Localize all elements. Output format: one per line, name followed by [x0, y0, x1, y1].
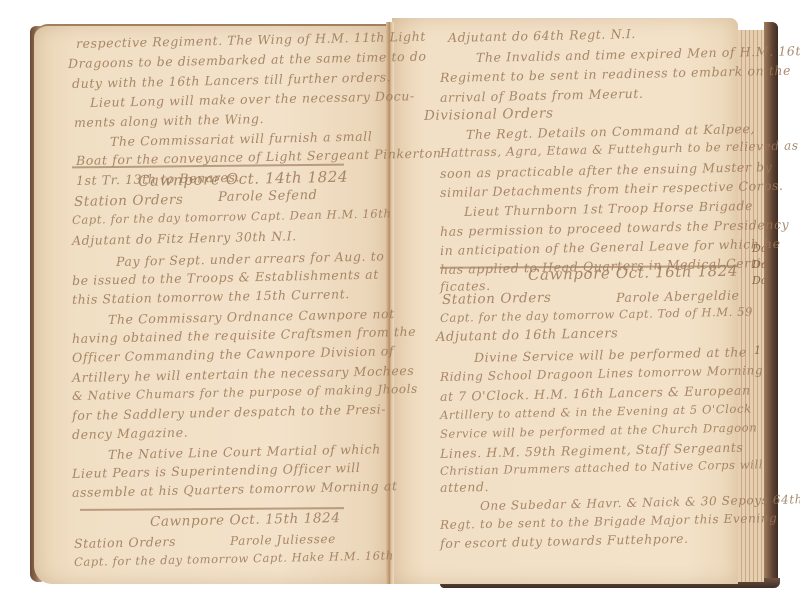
margin-mark: Do	[752, 258, 767, 271]
orders-label: Station Orders	[442, 290, 552, 308]
margin-mark: 1	[754, 344, 761, 357]
handwritten-line: attend.	[440, 479, 489, 495]
handwritten-line: dency Magazine.	[72, 425, 188, 442]
parole-text: Parole Juliessee	[230, 532, 336, 548]
open-manuscript-book: respective Regiment. The Wing of H.M. 11…	[0, 0, 800, 609]
margin-mark: Do	[752, 274, 767, 287]
section-label: Divisional Orders	[424, 105, 554, 124]
book-gutter	[386, 22, 394, 584]
parole-text: Parole Abergeldie	[616, 287, 740, 305]
orders-label: Station Orders	[74, 534, 176, 551]
parole-text: Parole Sefend	[218, 188, 318, 205]
margin-mark: Do	[752, 242, 767, 255]
orders-label: Station Orders	[74, 192, 184, 210]
